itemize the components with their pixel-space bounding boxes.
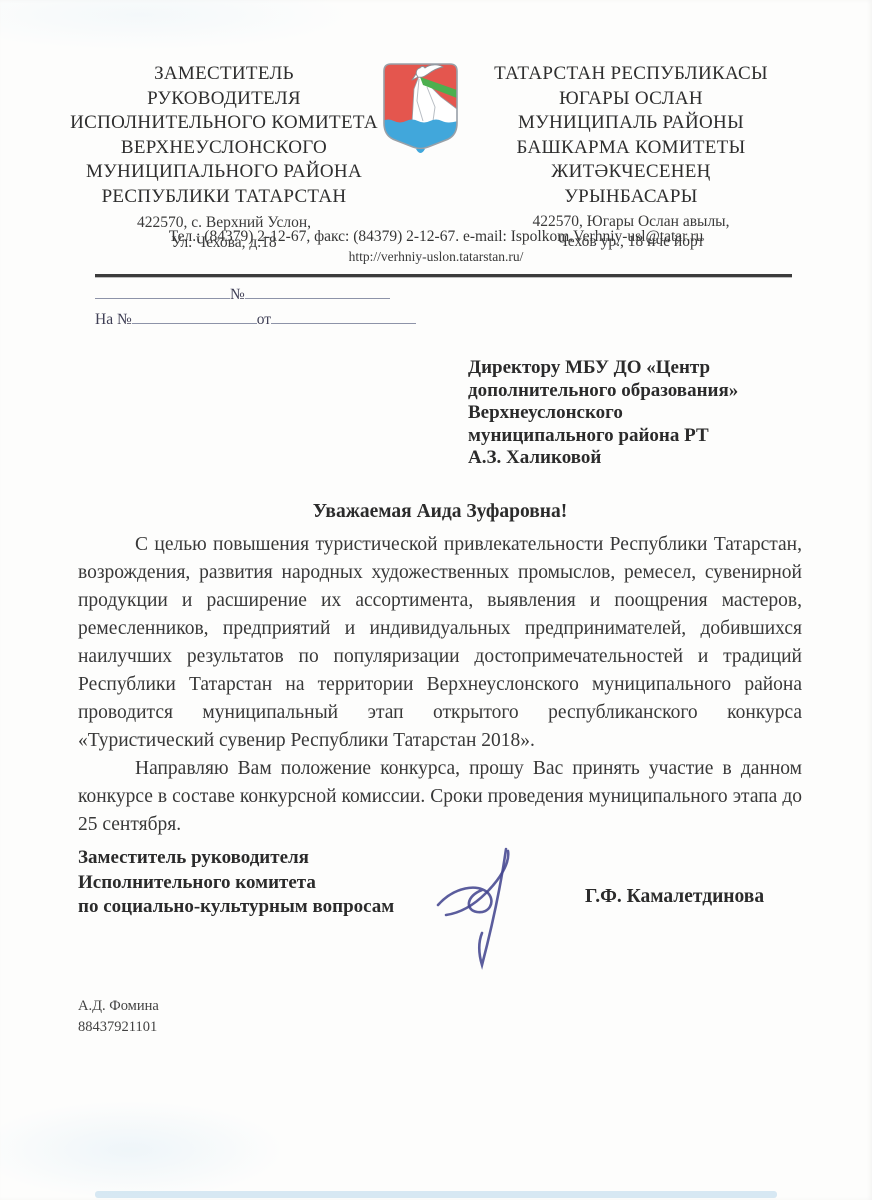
signer-position-line: по социально-культурным вопросам: [78, 895, 394, 920]
signer-position-line: Исполнительного комитета: [78, 871, 394, 896]
handwritten-signature: [430, 843, 530, 971]
body-paragraph: С целью повышения туристической привлека…: [78, 531, 802, 755]
body-paragraph: Направляю Вам положение конкурса, прошу …: [78, 755, 802, 839]
coat-of-arms-icon: [383, 63, 458, 156]
signer-name: Г.Ф. Камалетдинова: [585, 886, 764, 908]
signer-position-block: Заместитель руководителя Исполнительного…: [78, 846, 394, 920]
org-title-line: РЕСПУБЛИКИ ТАТАРСТАН: [58, 185, 390, 210]
executor-phone: 88437921101: [78, 1017, 159, 1038]
org-title-line: ИСПОЛНИТЕЛЬНОГО КОМИТЕТА: [58, 111, 390, 136]
addressee-line: дополнительного образования»: [468, 380, 813, 403]
number-blank-line: [132, 308, 257, 324]
executor-name: А.Д. Фомина: [78, 996, 159, 1017]
letter-body: С целью повышения туристической привлека…: [78, 531, 802, 839]
date-blank-line: [95, 283, 230, 299]
website-url: http://verhniy-uslon.tatarstan.ru/: [0, 249, 872, 265]
ot-label: от: [257, 311, 271, 328]
org-title-line: ЗАМЕСТИТЕЛЬ: [58, 62, 390, 87]
addressee-line: муниципального района РТ: [468, 425, 813, 448]
org-title-line: БАШКАРМА КОМИТЕТЫ: [466, 136, 796, 161]
org-block-russian: ЗАМЕСТИТЕЛЬ РУКОВОДИТЕЛЯ ИСПОЛНИТЕЛЬНОГО…: [58, 62, 390, 253]
salutation: Уважаемая Аида Зуфаровна!: [78, 501, 802, 523]
outgoing-ref-line: №: [95, 283, 390, 304]
org-title-line: ЮГАРЫ ОСЛАН: [466, 87, 796, 112]
org-title-line: МУНИЦИПАЛЬ РАЙОНЫ: [466, 111, 796, 136]
org-title-line: МУНИЦИПАЛЬНОГО РАЙОНА: [58, 160, 390, 185]
addressee-line: А.З. Халиковой: [468, 447, 813, 470]
executor-block: А.Д. Фомина 88437921101: [78, 996, 159, 1038]
scan-artifact: [95, 1191, 777, 1198]
org-title-line: ЖИТӘКЧЕСЕНЕҢ: [466, 160, 796, 185]
date-blank-line: [271, 308, 416, 324]
addressee-line: Верхнеуслонского: [468, 402, 813, 425]
addressee-line: Директору МБУ ДО «Центр: [468, 357, 813, 380]
number-blank-line: [245, 283, 390, 299]
header-divider: [95, 274, 792, 278]
org-title-line: УРЫНБАСАРЫ: [466, 185, 796, 210]
org-block-tatar: ТАТАРСТАН РЕСПУБЛИКАСЫ ЮГАРЫ ОСЛАН МУНИЦ…: [466, 62, 796, 252]
signer-position-line: Заместитель руководителя: [78, 846, 394, 871]
org-title-line: ТАТАРСТАН РЕСПУБЛИКАСЫ: [466, 62, 796, 87]
number-sign-label: №: [230, 286, 245, 303]
org-title-line: ВЕРХНЕУСЛОНСКОГО: [58, 136, 390, 161]
incoming-ref-line: На №от: [95, 308, 416, 329]
scanned-letter-page: ЗАМЕСТИТЕЛЬ РУКОВОДИТЕЛЯ ИСПОЛНИТЕЛЬНОГО…: [0, 0, 872, 1200]
addressee-block: Директору МБУ ДО «Центр дополнительного …: [468, 357, 813, 470]
na-number-label: На №: [95, 311, 132, 328]
org-title-line: РУКОВОДИТЕЛЯ: [58, 87, 390, 112]
contact-line: Тел.: (84379) 2-12-67, факс: (84379) 2-1…: [0, 228, 872, 246]
